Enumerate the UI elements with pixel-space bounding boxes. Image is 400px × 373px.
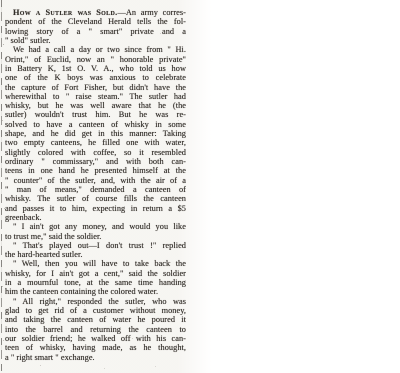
article-line: teen of whisky, having made, as he thoug…: [5, 343, 186, 352]
headline-line: How a Sutler was Sold.—An army corres-: [5, 8, 186, 17]
headline-dash-lead: —An army corres-: [117, 8, 186, 17]
article-line: whisky. The sutler of course fills the c…: [5, 194, 186, 203]
article-line: " man of means," demanded a canteen of: [5, 185, 186, 194]
article-line: our soldier friend; he walked off with h…: [5, 334, 186, 343]
article-line: " counter" of the sutler, and, with the …: [5, 176, 186, 185]
article-line: whisky, but he was well aware that he (t…: [5, 101, 186, 110]
article-line: one of the K boys was anxious to celebra…: [5, 73, 186, 82]
article-line: the hard-hearted sutler.: [5, 250, 186, 259]
article-line: slightly colored with coffee, so it rese…: [5, 148, 186, 157]
article-line: in Battery K, 1st O. V. A., who told us …: [5, 64, 186, 73]
newspaper-clipping: How a Sutler was Sold.—An army corres- p…: [0, 0, 400, 373]
article-line: " That's played out—I don't trust !" rep…: [5, 241, 186, 250]
headline-text: How a Sutler was Sold.: [13, 8, 117, 17]
scan-speckles: [0, 0, 1, 1]
article-line: pondent of the Cleveland Herald tells th…: [5, 17, 186, 26]
article-line: and taking the canteen of water he poure…: [5, 315, 186, 324]
article-line: him the canteen containing the colored w…: [5, 287, 186, 296]
article-line: We had a call a day or two since from " …: [5, 45, 186, 54]
article-line: wherewithal to " raise steam." The sutle…: [5, 92, 186, 101]
article-line: teens in one hand he presented himself a…: [5, 166, 186, 175]
article-line: ordinary " commissary," and with both ca…: [5, 157, 186, 166]
article-line: shape, and he did get in this manner: Ta…: [5, 129, 186, 138]
article-line: the capture of Fort Fisher, but didn't h…: [5, 83, 186, 92]
article-line: whisky, for I ain't got a cent," said th…: [5, 269, 186, 278]
article-line: solved to have a canteen of whisky in so…: [5, 120, 186, 129]
article-line: greenback.: [5, 213, 186, 222]
article-line: into the barrel and returning the cantee…: [5, 325, 186, 334]
article-line: glad to get rid of a customer without mo…: [5, 306, 186, 315]
article-column: How a Sutler was Sold.—An army corres- p…: [5, 8, 186, 362]
article-line: in a mournful tone, at the same time han…: [5, 278, 186, 287]
article-line: sutler) wouldn't trust him. But he was r…: [5, 110, 186, 119]
article-line: lowing story of a " smart" private and a: [5, 27, 186, 36]
article-line: " sold" sutler.: [5, 36, 186, 45]
article-line: " I ain't got any money, and would you l…: [5, 222, 186, 231]
article-line: " Well, then you will have to take back …: [5, 259, 186, 268]
article-line: " All right," responded the sutler, who …: [5, 297, 186, 306]
article-line: and passes it to him, expecting in retur…: [5, 204, 186, 213]
article-line: a " right smart " exchange.: [5, 353, 186, 362]
article-line: two empty canteens, he filled one with w…: [5, 138, 186, 147]
article-line: Orint," of Euclid, now an " honorable pr…: [5, 55, 186, 64]
column-rule: [1, 0, 2, 371]
article-line: to trust me," said the soldier.: [5, 232, 186, 241]
